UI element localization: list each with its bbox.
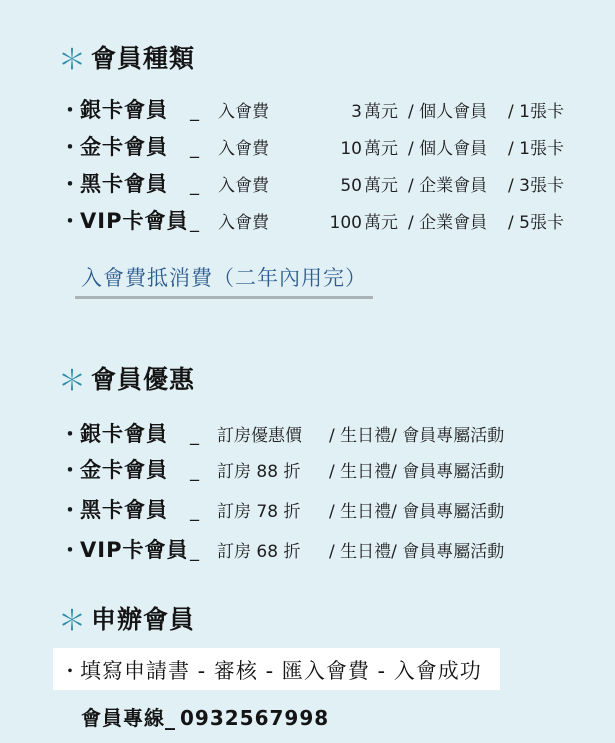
section-title-text: 申辦會員: [91, 600, 195, 636]
fee-unit: 萬元: [364, 171, 408, 196]
benefit-row-silver: ・ 銀卡會員 _ 訂房優惠價 / 生日禮 / 會員專屬活動: [60, 418, 504, 454]
hotline-label: 會員專線_: [81, 702, 176, 731]
bullet-icon: ・: [60, 494, 80, 523]
separator: _: [190, 138, 218, 159]
exclusive-event: / 會員專屬活動: [391, 421, 504, 446]
bullet-icon: ・: [60, 418, 80, 447]
fee-unit: 萬元: [364, 208, 408, 233]
membership-benefits-list: ・ 銀卡會員 _ 訂房優惠價 / 生日禮 / 會員專屬活動 ・ 金卡會員 _ 訂…: [60, 418, 504, 570]
asterisk-icon: ＊: [58, 367, 87, 395]
fee-label: 入會費: [218, 134, 296, 159]
benefit-row-gold: ・ 金卡會員 _ 訂房 88 折 / 生日禮 / 會員專屬活動: [60, 454, 504, 494]
tier-name: 黑卡會員: [80, 494, 190, 524]
tier-name: 金卡會員: [80, 131, 190, 161]
tier-name: 銀卡會員: [80, 94, 190, 124]
separator: _: [190, 175, 218, 196]
booking-discount: 訂房 88 折: [217, 457, 329, 482]
separator: _: [190, 212, 218, 233]
fee-value: 50: [296, 176, 364, 196]
bullet-icon: ・: [60, 205, 80, 234]
separator: _: [190, 425, 217, 446]
benefit-row-vip: ・ VIP卡會員 _ 訂房 68 折 / 生日禮 / 會員專屬活動: [60, 534, 504, 570]
hotline-number[interactable]: 0932567998: [180, 706, 329, 730]
membership-type-row-silver: ・ 銀卡會員 _ 入會費 3 萬元 / 個人會員 / 1張卡: [60, 94, 564, 131]
tier-name: VIP卡會員: [80, 205, 190, 235]
separator: _: [190, 501, 217, 522]
fee-value: 3: [296, 102, 364, 122]
member-type: / 個人會員: [408, 134, 508, 159]
exclusive-event: / 會員專屬活動: [391, 497, 504, 522]
fee-label: 入會費: [218, 97, 296, 122]
bullet-icon: ・: [60, 454, 80, 483]
membership-types-list: ・ 銀卡會員 _ 入會費 3 萬元 / 個人會員 / 1張卡 ・ 金卡會員 _ …: [60, 94, 564, 242]
booking-discount: 訂房 68 折: [217, 537, 329, 562]
birthday-gift: / 生日禮: [329, 537, 391, 562]
booking-discount: 訂房優惠價: [217, 421, 329, 446]
section-title-application: ＊ 申辦會員: [58, 600, 195, 636]
member-type: / 企業會員: [408, 208, 508, 233]
bullet-icon: ・: [60, 534, 80, 563]
separator: _: [190, 101, 218, 122]
card-count: / 3張卡: [508, 171, 564, 196]
section-title-text: 會員種類: [91, 39, 195, 75]
separator: _: [190, 541, 217, 562]
fee-unit: 萬元: [364, 134, 408, 159]
member-hotline: 會員專線_ 0932567998: [81, 702, 329, 732]
benefit-row-black: ・ 黑卡會員 _ 訂房 78 折 / 生日禮 / 會員專屬活動: [60, 494, 504, 534]
exclusive-event: / 會員專屬活動: [391, 537, 504, 562]
section-title-membership-types: ＊ 會員種類: [58, 39, 195, 75]
birthday-gift: / 生日禮: [329, 421, 391, 446]
fee-value: 100: [296, 213, 364, 233]
member-type: / 個人會員: [408, 97, 508, 122]
bullet-icon: ・: [60, 94, 80, 123]
card-count: / 5張卡: [508, 208, 564, 233]
birthday-gift: / 生日禮: [329, 457, 391, 482]
tier-name: VIP卡會員: [80, 534, 190, 564]
fee-unit: 萬元: [364, 97, 408, 122]
tier-name: 金卡會員: [80, 454, 190, 484]
membership-type-row-gold: ・ 金卡會員 _ 入會費 10 萬元 / 個人會員 / 1張卡: [60, 131, 564, 168]
bullet-icon: ・: [60, 655, 80, 684]
fee-value: 10: [296, 139, 364, 159]
section-title-text: 會員優惠: [91, 360, 195, 396]
exclusive-event: / 會員專屬活動: [391, 457, 504, 482]
tier-name: 黑卡會員: [80, 168, 190, 198]
process-steps: 填寫申請書 - 審核 - 匯入會費 - 入會成功: [80, 655, 482, 685]
membership-type-row-black: ・ 黑卡會員 _ 入會費 50 萬元 / 企業會員 / 3張卡: [60, 168, 564, 205]
fee-label: 入會費: [218, 208, 296, 233]
application-process: ・ 填寫申請書 - 審核 - 匯入會費 - 入會成功: [60, 655, 482, 685]
bullet-icon: ・: [60, 168, 80, 197]
tier-name: 銀卡會員: [80, 418, 190, 448]
card-count: / 1張卡: [508, 134, 564, 159]
member-type: / 企業會員: [408, 171, 508, 196]
section-title-membership-benefits: ＊ 會員優惠: [58, 360, 195, 396]
card-count: / 1張卡: [508, 97, 564, 122]
fee-label: 入會費: [218, 171, 296, 196]
bullet-icon: ・: [60, 131, 80, 160]
booking-discount: 訂房 78 折: [217, 497, 329, 522]
membership-type-row-vip: ・ VIP卡會員 _ 入會費 100 萬元 / 企業會員 / 5張卡: [60, 205, 564, 242]
fee-credit-note: 入會費抵消費（二年內用完）: [75, 262, 373, 299]
birthday-gift: / 生日禮: [329, 497, 391, 522]
separator: _: [190, 461, 217, 482]
asterisk-icon: ＊: [58, 607, 87, 635]
asterisk-icon: ＊: [58, 46, 87, 74]
